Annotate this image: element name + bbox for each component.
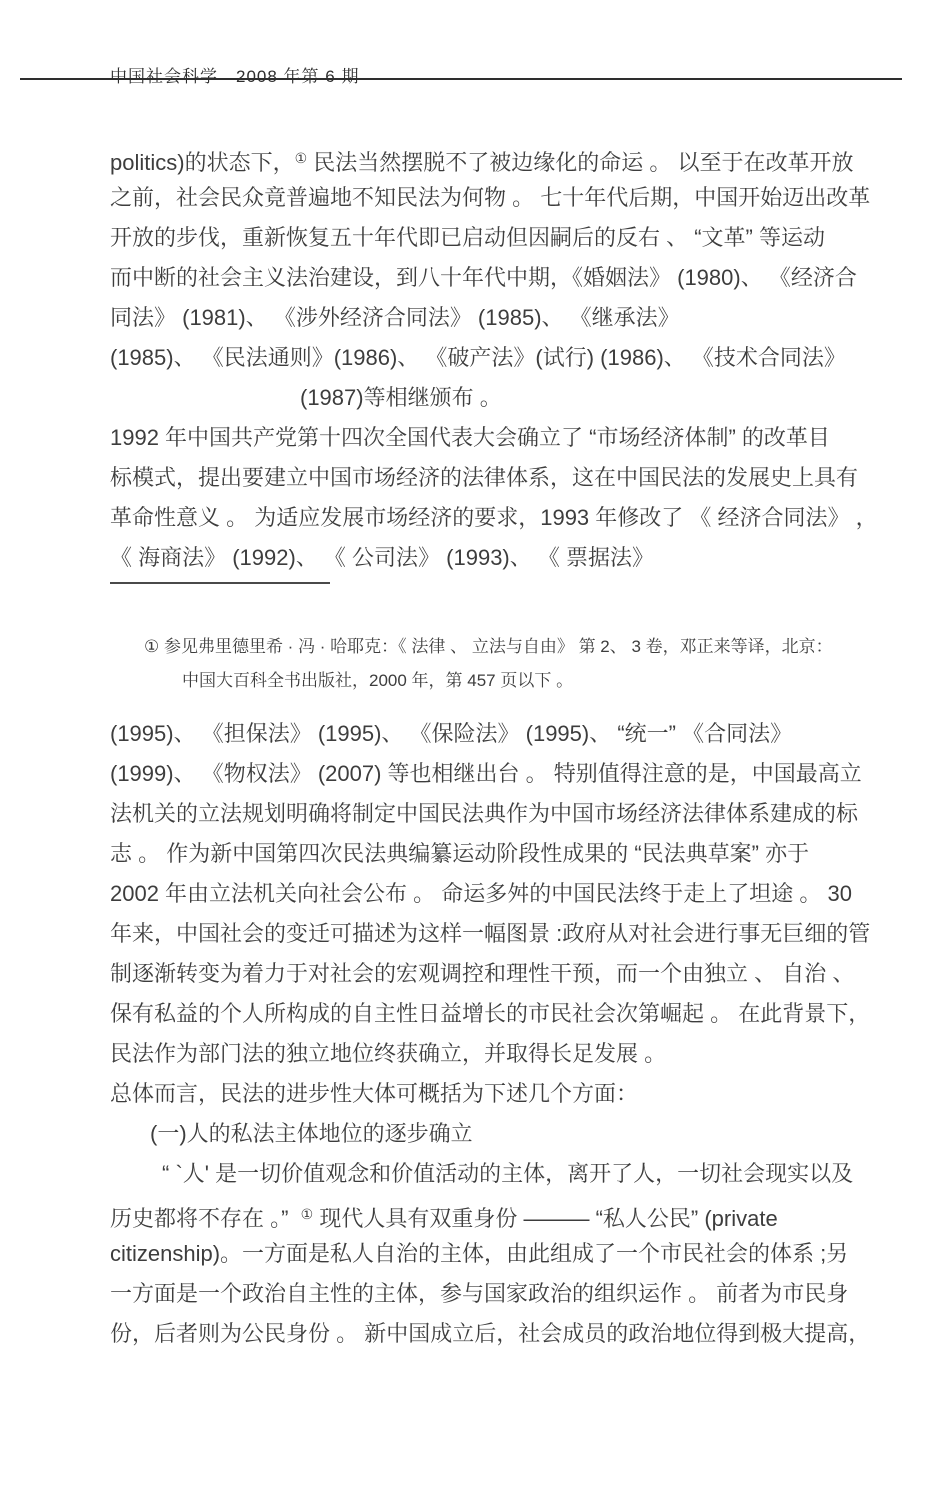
text-segment: 1992 年中国共产党第十四次全国代表大会确立了 “市场经济体制” 的改革目 — [110, 425, 830, 450]
body-text-line: 保有私益的个人所构成的自主性日益增长的市民社会次第崛起 。 在此背景下， — [110, 994, 870, 1034]
text-segment: 现代人具有双重身份 ——— “私人公民” (private — [313, 1206, 777, 1231]
body-text-line: 《 海商法》 (1992)、 《 公司法》 (1993)、 《 票据法》 — [110, 538, 870, 578]
text-segment: 而中断的社会主义法治建设，到八十年代中期，《婚姻法》 (1980)、 《经济合 — [110, 265, 857, 290]
text-segment: “ `人' 是一切价值观念和价值活动的主体，离开了人，一切社会现实以及 — [162, 1161, 853, 1186]
body-text-line: 年来，中国社会的变迁可描述为这样一幅图景 :政府从对社会进行事无巨细的管 — [110, 914, 870, 954]
text-segment: (一)人的私法主体地位的逐步确立 — [150, 1121, 473, 1146]
text-segment: 之前，社会民众竟普遍地不知民法为何物 。 七十年代后期，中国开始迈出改革 — [110, 185, 870, 210]
body-text-line: 法机关的立法规划明确将制定中国民法典作为中国市场经济法律体系建成的标 — [110, 794, 870, 834]
footnote-reference-mark: ① — [295, 150, 308, 166]
text-segment: 志 。 作为新中国第四次民法典编纂运动阶段性成果的 “民法典草案” 亦于 — [110, 841, 809, 866]
text-segment: 2002 年由立法机关向社会公布 。 命运多舛的中国民法终于走上了坦途 。 30 — [110, 881, 852, 906]
footnote-line: 中国大百科全书出版社，2000 年，第 457 页以下 。 — [110, 664, 870, 698]
text-segment: 标模式，提出要建立中国市场经济的法律体系，这在中国民法的发展史上具有 — [110, 465, 858, 490]
text-segment: 《 海商法》 (1992)、 《 公司法》 (1993)、 《 票据法》 — [110, 545, 654, 570]
body-text-line: 份，后者则为公民身份 。 新中国成立后，社会成员的政治地位得到极大提高， — [110, 1314, 870, 1354]
footnote-separator — [110, 582, 330, 584]
text-segment: (1999)、 《物权法》 (2007) 等也相继出台 。 特别值得注意的是，中… — [110, 761, 862, 786]
text-segment: 中国大百科全书出版社，2000 年，第 457 页以下 。 — [182, 671, 573, 690]
body-text-line: 历史都将不存在 。” ① 现代人具有双重身份 ——— “私人公民” (priva… — [110, 1194, 870, 1234]
text-segment: citizenship)。一方面是私人自治的主体，由此组成了一个市民社会的体系 … — [110, 1241, 848, 1266]
text-segment: 民法作为部门法的独立地位终获确立，并取得长足发展 。 — [110, 1041, 666, 1066]
body-text-line: 总体而言，民法的进步性大体可概括为下述几个方面： — [110, 1074, 870, 1114]
text-segment: 革命性意义 。 为适应发展市场经济的要求，1993 年修改了 《 经济合同法》 … — [110, 505, 878, 530]
body-text-line: 开放的步伐，重新恢复五十年代即已启动但因嗣后的反右 、 “文革” 等运动 — [110, 218, 870, 258]
body-text-line: (1999)、 《物权法》 (2007) 等也相继出台 。 特别值得注意的是，中… — [110, 754, 870, 794]
body-text-line: 而中断的社会主义法治建设，到八十年代中期，《婚姻法》 (1980)、 《经济合 — [110, 258, 870, 298]
text-segment: 法机关的立法规划明确将制定中国民法典作为中国市场经济法律体系建成的标 — [110, 801, 858, 826]
body-text-line: 2002 年由立法机关向社会公布 。 命运多舛的中国民法终于走上了坦途 。 30 — [110, 874, 870, 914]
body-text-line: (1985)、 《民法通则》(1986)、 《破产法》(试行) (1986)、 … — [110, 338, 870, 378]
text-segment: 历史都将不存在 。” — [110, 1206, 301, 1231]
paragraphs-after-footnote: (1995)、 《担保法》 (1995)、 《保险法》 (1995)、 “统一”… — [110, 714, 870, 1354]
body-text-line: politics)的状态下，① 民法当然摆脱不了被边缘化的命运 。 以至于在改革… — [110, 138, 870, 178]
body-text-line: 1992 年中国共产党第十四次全国代表大会确立了 “市场经济体制” 的改革目 — [110, 418, 870, 458]
body-text-line: 之前，社会民众竟普遍地不知民法为何物 。 七十年代后期，中国开始迈出改革 — [110, 178, 870, 218]
footnote-block: ① 参见弗里德里希 · 冯 · 哈耶克：《 法律 、 立法与自由》 第 2、 3… — [110, 630, 870, 698]
text-segment: 总体而言，民法的进步性大体可概括为下述几个方面： — [110, 1081, 638, 1106]
body-text-line: 民法作为部门法的独立地位终获确立，并取得长足发展 。 — [110, 1034, 870, 1074]
body-text-line: (1995)、 《担保法》 (1995)、 《保险法》 (1995)、 “统一”… — [110, 714, 870, 754]
text-segment: 制逐渐转变为着力于对社会的宏观调控和理性干预，而一个由独立 、 自治 、 — [110, 961, 854, 986]
text-segment: ① 参见弗里德里希 · 冯 · 哈耶克：《 法律 、 立法与自由》 第 2、 3… — [144, 637, 833, 656]
paragraphs-before-footnote: politics)的状态下，① 民法当然摆脱不了被边缘化的命运 。 以至于在改革… — [110, 138, 870, 578]
text-segment: 年来，中国社会的变迁可描述为这样一幅图景 :政府从对社会进行事无巨细的管 — [110, 921, 870, 946]
article-body: politics)的状态下，① 民法当然摆脱不了被边缘化的命运 。 以至于在改革… — [110, 138, 870, 1354]
body-text-line: 革命性意义 。 为适应发展市场经济的要求，1993 年修改了 《 经济合同法》 … — [110, 498, 870, 538]
body-text-line: 同法》 (1981)、 《涉外经济合同法》 (1985)、 《继承法》 — [110, 298, 870, 338]
text-segment: 一方面是一个政治自主性的主体，参与国家政治的组织运作 。 前者为市民身 — [110, 1281, 848, 1306]
journal-header: 中国社会科学 2008 年第 6 期 — [110, 62, 359, 87]
text-segment: (1995)、 《担保法》 (1995)、 《保险法》 (1995)、 “统一”… — [110, 721, 792, 746]
body-text-line: (一)人的私法主体地位的逐步确立 — [110, 1114, 870, 1154]
body-text-line: 志 。 作为新中国第四次民法典编纂运动阶段性成果的 “民法典草案” 亦于 — [110, 834, 870, 874]
body-text-line: 制逐渐转变为着力于对社会的宏观调控和理性干预，而一个由独立 、 自治 、 — [110, 954, 870, 994]
text-segment: 保有私益的个人所构成的自主性日益增长的市民社会次第崛起 。 在此背景下， — [110, 1001, 870, 1026]
text-segment: politics)的状态下， — [110, 150, 295, 175]
footnote-line: ① 参见弗里德里希 · 冯 · 哈耶克：《 法律 、 立法与自由》 第 2、 3… — [110, 630, 870, 664]
body-text-line: citizenship)。一方面是私人自治的主体，由此组成了一个市民社会的体系 … — [110, 1234, 870, 1274]
text-segment: 开放的步伐，重新恢复五十年代即已启动但因嗣后的反右 、 “文革” 等运动 — [110, 225, 825, 250]
text-segment: 民法当然摆脱不了被边缘化的命运 。 以至于在改革开放 — [307, 150, 853, 175]
text-segment: (1985)、 《民法通则》(1986)、 《破产法》(试行) (1986)、 … — [110, 345, 846, 370]
body-text-line: “ `人' 是一切价值观念和价值活动的主体，离开了人，一切社会现实以及 — [110, 1154, 870, 1194]
text-segment: 同法》 (1981)、 《涉外经济合同法》 (1985)、 《继承法》 — [110, 305, 680, 330]
text-segment: (1987)等相继颁布 。 — [300, 385, 502, 410]
footnote-reference-mark: ① — [301, 1206, 314, 1222]
body-text-line: 一方面是一个政治自主性的主体，参与国家政治的组织运作 。 前者为市民身 — [110, 1274, 870, 1314]
text-segment: 份，后者则为公民身份 。 新中国成立后，社会成员的政治地位得到极大提高， — [110, 1321, 870, 1346]
document-page: 中国社会科学 2008 年第 6 期 politics)的状态下，① 民法当然摆… — [0, 0, 950, 1493]
body-text-line: (1987)等相继颁布 。 — [110, 378, 870, 418]
body-text-line: 标模式，提出要建立中国市场经济的法律体系，这在中国民法的发展史上具有 — [110, 458, 870, 498]
